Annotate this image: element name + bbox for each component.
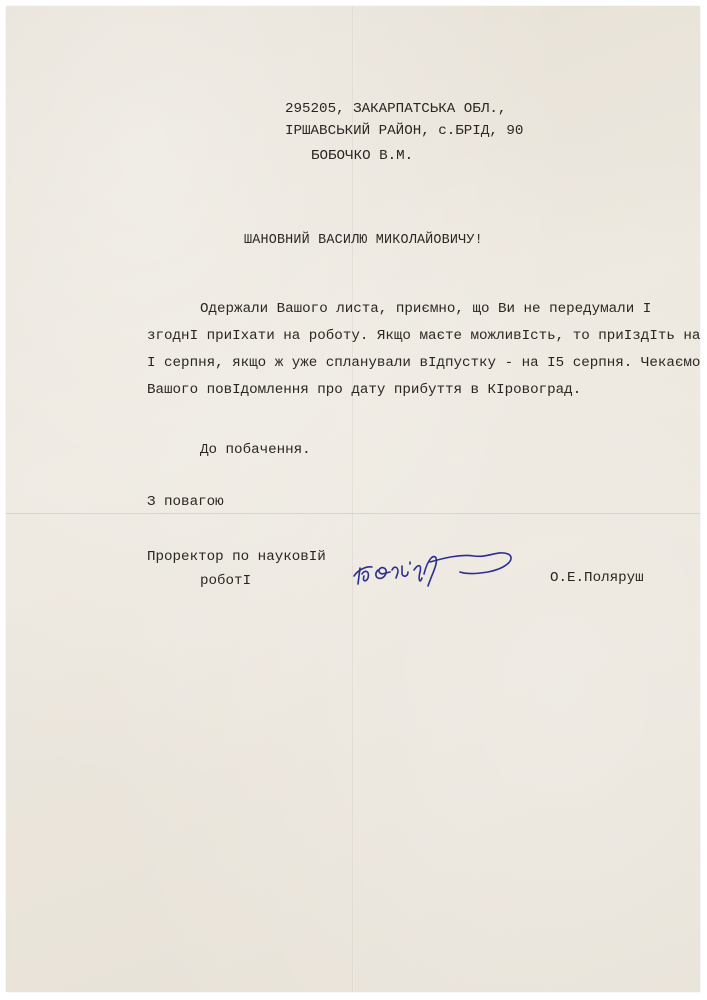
body-line-4: Вашого повІдомлення про дату прибуття в … [147, 383, 581, 397]
salutation: ШАНОВНИЙ ВАСИЛЮ МИКОЛАЙОВИЧУ! [244, 234, 483, 247]
signatory-name: О.Е.Поляруш [550, 571, 644, 585]
recipient-name: БОБОЧКО В.М. [311, 149, 413, 163]
handwritten-signature-icon [348, 540, 528, 590]
signatory-role-line-2: роботІ [200, 574, 251, 588]
address-line-1: 295205, ЗАКАРПАТСЬКА ОБЛ., [285, 102, 506, 116]
body-line-1: Одержали Вашого листа, приємно, що Ви не… [200, 302, 651, 316]
body-line-2: згоднІ приІхати на роботу. Якщо маєте мо… [147, 329, 700, 343]
address-line-2: ІРШАВСЬКИЙ РАЙОН, с.БРІД, 90 [285, 124, 523, 138]
body-line-3: І серпня, якщо ж уже спланували вІдпустк… [147, 356, 700, 370]
signatory-role-line-1: Проректор по науковІй [147, 550, 326, 564]
regards-phrase: З повагою [147, 495, 224, 509]
closing-phrase: До побачення. [200, 443, 311, 457]
